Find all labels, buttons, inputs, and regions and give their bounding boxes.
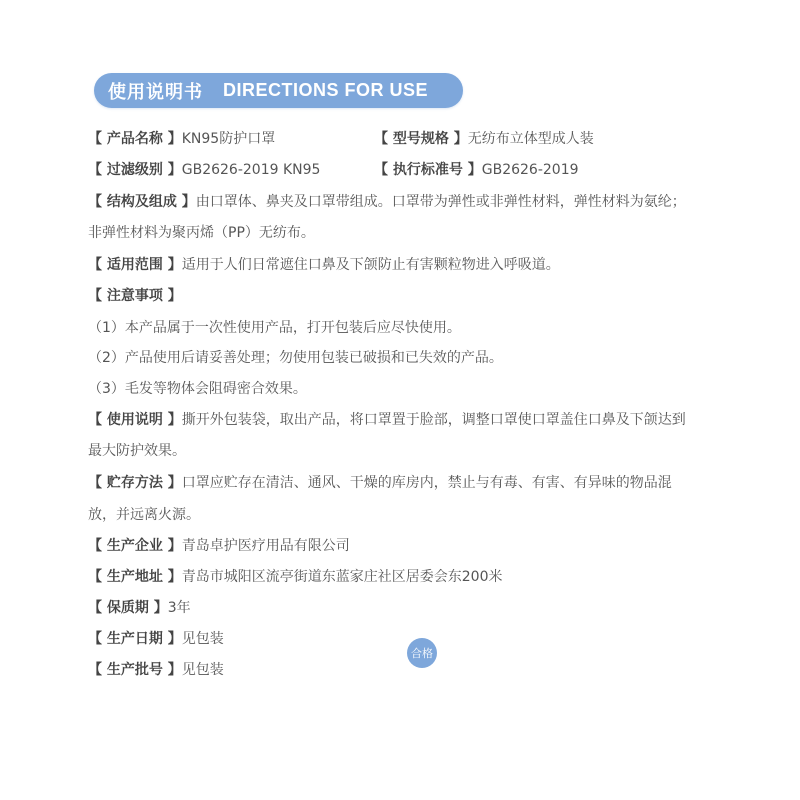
- field-label: 【 生产批号 】: [88, 662, 182, 678]
- note-item: （1）本产品属于一次性使用产品，打开包装后应尽快使用。: [88, 318, 461, 338]
- field-usage-cont: 最大防护效果。: [88, 441, 186, 461]
- field-label: 【 生产日期 】: [88, 631, 182, 647]
- field-notes-heading: 【 注意事项 】: [88, 286, 182, 306]
- field-value: 青岛卓护医疗用品有限公司: [182, 538, 350, 554]
- field-value: GB2626-2019 KN95: [182, 162, 321, 178]
- field-value: 非弹性材料为聚丙烯（PP）无纺布。: [88, 225, 315, 241]
- field-value: 口罩应贮存在清洁、通风、干燥的库房内，禁止与有毒、有害、有异味的物品混: [182, 475, 672, 491]
- field-value: 见包装: [182, 631, 224, 647]
- field-label: 【 结构及组成 】: [88, 194, 196, 210]
- field-value: KN95防护口罩: [182, 131, 275, 147]
- field-label: 【 适用范围 】: [88, 257, 182, 273]
- field-value: 3年: [168, 600, 191, 616]
- field-value: 最大防护效果。: [88, 443, 186, 459]
- field-structure-cont: 非弹性材料为聚丙烯（PP）无纺布。: [88, 223, 315, 243]
- field-scope: 【 适用范围 】适用于人们日常遮住口鼻及下颌防止有害颗粒物进入呼吸道。: [88, 255, 560, 275]
- field-value: 见包装: [182, 662, 224, 678]
- field-shelf-life: 【 保质期 】3年: [88, 598, 191, 618]
- field-usage: 【 使用说明 】撕开外包装袋，取出产品，将口罩置于脸部，调整口罩使口罩盖住口鼻及…: [88, 410, 686, 430]
- field-value: 撕开外包装袋，取出产品，将口罩置于脸部，调整口罩使口罩盖住口鼻及下颌达到: [182, 412, 686, 428]
- field-label: 【 使用说明 】: [88, 412, 182, 428]
- field-value: 无纺布立体型成人装: [468, 131, 594, 147]
- field-value: 青岛市城阳区流亭街道东蓝家庄社区居委会东200米: [182, 569, 503, 585]
- header-title-cn: 使用说明书: [108, 78, 203, 104]
- note-item: （3）毛发等物体会阻碍密合效果。: [88, 379, 307, 399]
- field-label: 【 贮存方法 】: [88, 475, 182, 491]
- field-label: 【 型号规格 】: [374, 131, 468, 147]
- field-value: GB2626-2019: [482, 162, 579, 178]
- field-storage: 【 贮存方法 】口罩应贮存在清洁、通风、干燥的库房内，禁止与有毒、有害、有异味的…: [88, 473, 672, 493]
- field-label: 【 过滤级别 】: [88, 162, 182, 178]
- note-item: （2）产品使用后请妥善处理；勿使用包装已破损和已失效的产品。: [88, 348, 503, 368]
- field-filter-level: 【 过滤级别 】GB2626-2019 KN95: [88, 160, 320, 180]
- field-value: 适用于人们日常遮住口鼻及下颌防止有害颗粒物进入呼吸道。: [182, 257, 560, 273]
- note-text: （2）产品使用后请妥善处理；勿使用包装已破损和已失效的产品。: [88, 350, 503, 366]
- field-label: 【 生产地址 】: [88, 569, 182, 585]
- field-production-date: 【 生产日期 】见包装: [88, 629, 224, 649]
- field-structure: 【 结构及组成 】由口罩体、鼻夹及口罩带组成。口罩带为弹性或非弹性材料，弹性材料…: [88, 192, 686, 212]
- field-value: 放，并远离火源。: [88, 507, 200, 523]
- field-standard-no: 【 执行标准号 】GB2626-2019: [374, 160, 579, 180]
- field-product-name: 【 产品名称 】KN95防护口罩: [88, 129, 275, 149]
- field-label: 【 产品名称 】: [88, 131, 182, 147]
- note-text: （3）毛发等物体会阻碍密合效果。: [88, 381, 307, 397]
- field-label: 【 保质期 】: [88, 600, 168, 616]
- field-storage-cont: 放，并远离火源。: [88, 505, 200, 525]
- field-value: 由口罩体、鼻夹及口罩带组成。口罩带为弹性或非弹性材料，弹性材料为氨纶；: [196, 194, 686, 210]
- qualified-badge: 合格: [407, 638, 437, 668]
- field-address: 【 生产地址 】青岛市城阳区流亭街道东蓝家庄社区居委会东200米: [88, 567, 502, 587]
- field-label: 【 注意事项 】: [88, 288, 182, 304]
- note-text: （1）本产品属于一次性使用产品，打开包装后应尽快使用。: [88, 320, 461, 336]
- field-batch-no: 【 生产批号 】见包装: [88, 660, 224, 680]
- field-label: 【 执行标准号 】: [374, 162, 482, 178]
- header-title-en: DIRECTIONS FOR USE: [223, 80, 428, 101]
- directions-header: 使用说明书 DIRECTIONS FOR USE: [94, 73, 463, 108]
- field-label: 【 生产企业 】: [88, 538, 182, 554]
- field-manufacturer: 【 生产企业 】青岛卓护医疗用品有限公司: [88, 536, 350, 556]
- field-model-spec: 【 型号规格 】无纺布立体型成人装: [374, 129, 594, 149]
